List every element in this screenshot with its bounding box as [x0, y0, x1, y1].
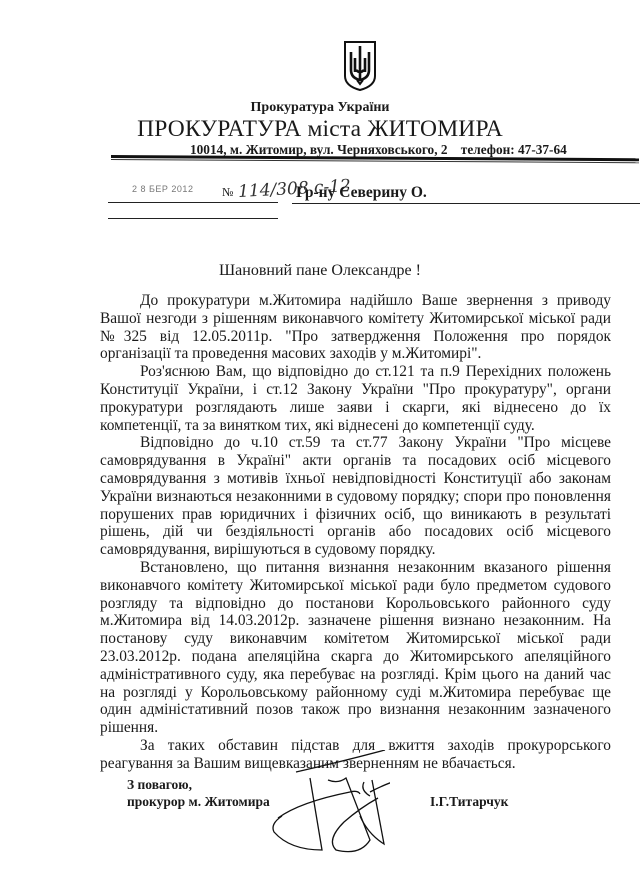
closing-block: З повагою, прокурор м. Житомира — [127, 776, 270, 810]
handwritten-signature-icon — [260, 750, 390, 860]
closing-regards: З повагою, — [127, 776, 270, 793]
recipient-underline — [292, 203, 640, 204]
registry-date-stamp: 2 8 БЕР 2012 — [132, 184, 193, 194]
letter-body: До прокуратури м.Житомира надійшло Ваше … — [100, 292, 611, 773]
paragraph: До прокуратури м.Житомира надійшло Ваше … — [100, 292, 611, 363]
paragraph: Встановлено, що питання визнання незакон… — [100, 559, 611, 737]
salutation: Шановний пане Олександре ! — [0, 262, 640, 280]
recipient: Гр-ну Северину О. — [296, 184, 427, 202]
signer-name: І.Г.Титарчук — [430, 794, 508, 810]
paragraph: Роз'яснюю Вам, що відповідно до ст.121 т… — [100, 363, 611, 434]
signer-position: прокурор м. Житомира — [127, 793, 270, 810]
registry-number-label: № — [222, 185, 233, 200]
registry-underline — [108, 202, 278, 203]
org-name-title: ПРОКУРАТУРА міста ЖИТОМИРА — [0, 116, 640, 143]
org-parent-title: Прокуратура України — [0, 100, 640, 116]
registry-underline-2 — [108, 218, 278, 219]
ukraine-trident-emblem-icon — [343, 40, 377, 92]
paragraph: Відповідно до ч.10 ст.59 та ст.77 Закону… — [100, 434, 611, 559]
